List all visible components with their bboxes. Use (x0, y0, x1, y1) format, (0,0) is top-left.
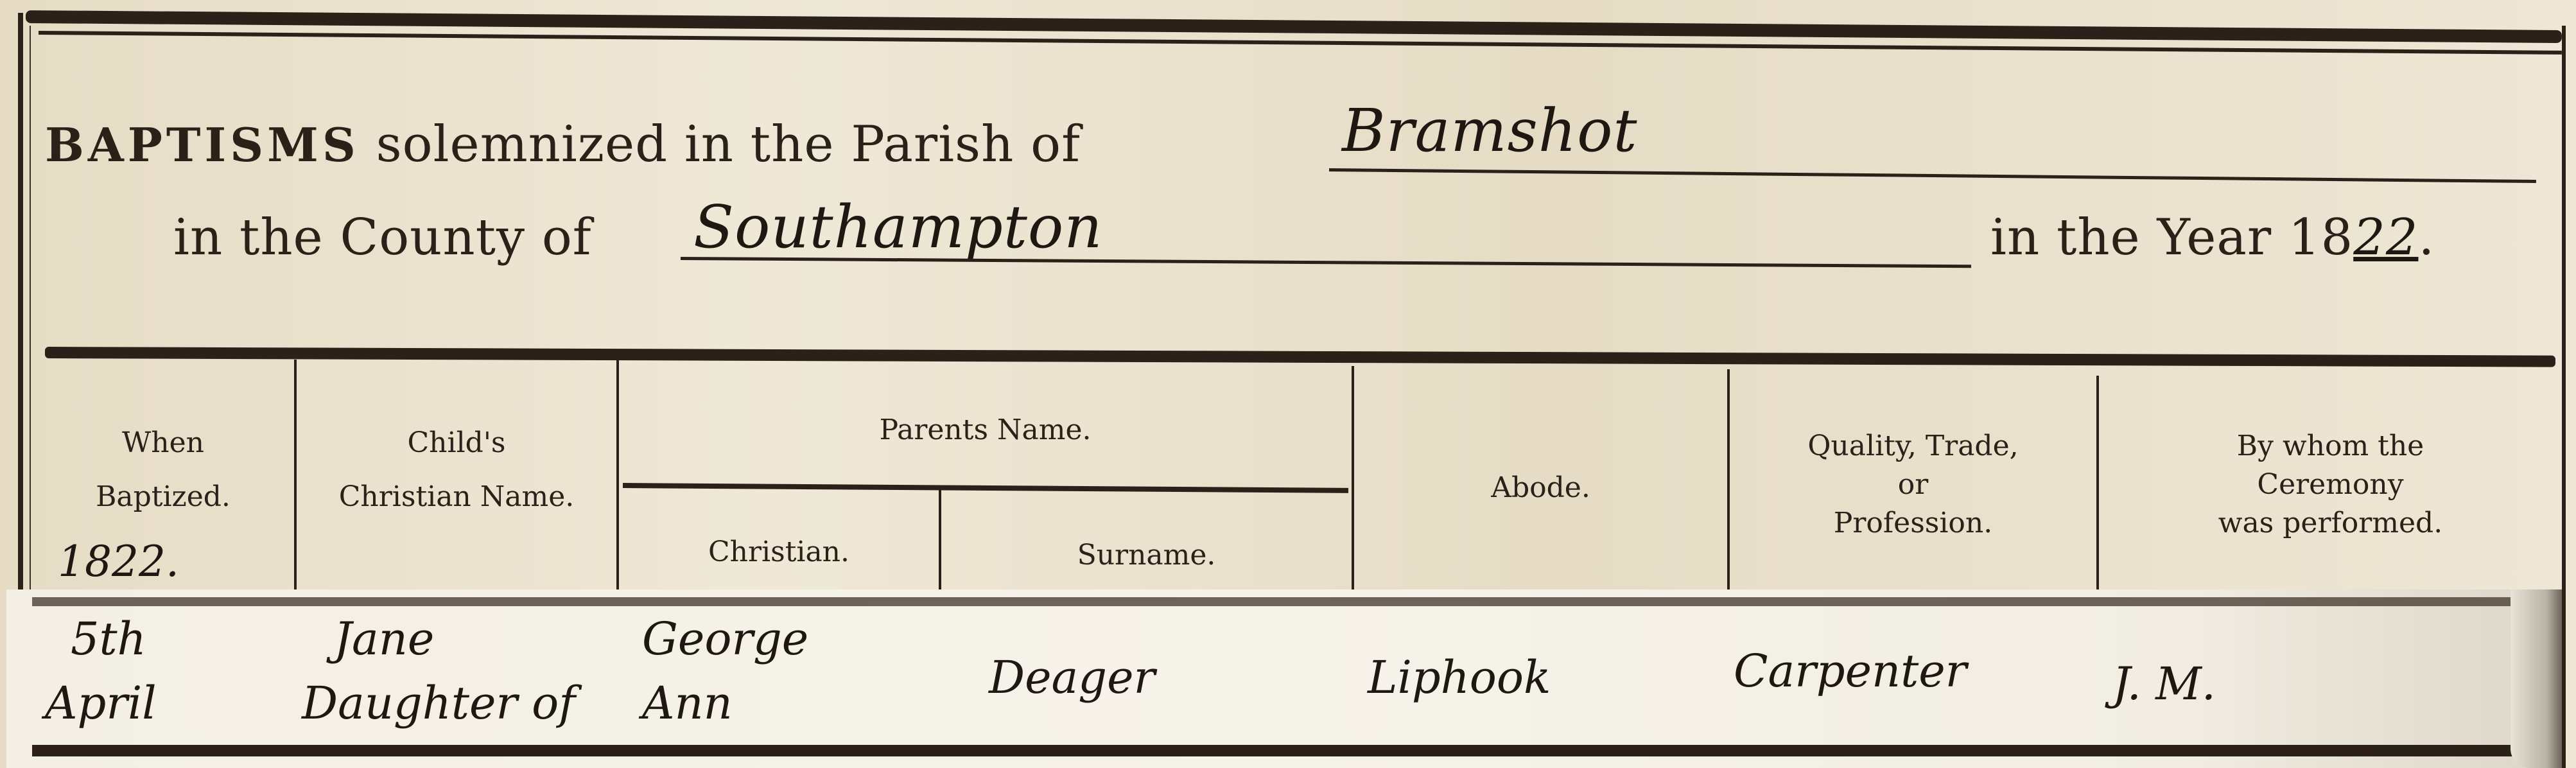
header-line: Christian Name. (297, 478, 616, 516)
cell-father-name: George (642, 610, 808, 668)
title-rest: solemnized in the Parish of (376, 116, 1081, 173)
header-line: was performed. (2099, 504, 2562, 543)
cell-mother-name: Ann (642, 674, 733, 732)
entry-top-rule (32, 597, 2536, 606)
right-border-rule (2562, 26, 2566, 768)
col-header-parents-name: Parents Name. (619, 411, 1352, 449)
county-name: Southampton (693, 193, 1102, 261)
title-caps: BAPTISMS (45, 118, 360, 172)
year-suffix: 22 (2353, 209, 2418, 266)
county-fill-line (681, 257, 1971, 268)
header-line: Profession. (1730, 504, 2096, 543)
col-header-quality: Quality, Trade, or Profession. (1730, 427, 2096, 543)
cell-abode: Liphook (1368, 649, 1551, 706)
cell-officiant: J. M. (2112, 655, 2216, 713)
header-line: Child's (297, 424, 616, 462)
col-header-parents-surname: Surname. (941, 536, 1352, 575)
col-header-when-baptized: When Baptized. (32, 424, 294, 516)
cell-quality: Carpenter (1734, 642, 1967, 700)
col-header-childs-name: Child's Christian Name. (297, 424, 616, 516)
page-curl-edge (2511, 589, 2562, 768)
entry-bottom-rule (32, 745, 2523, 756)
header-line: Ceremony (2099, 466, 2562, 504)
cell-surname: Deager (989, 649, 1155, 706)
parish-fill-line (1329, 168, 2536, 183)
register-page: BAPTISMS solemnized in the Parish of Bra… (0, 0, 2576, 768)
col-header-parents-christian: Christian. (619, 533, 939, 572)
cell-child-name: Jane (334, 610, 434, 668)
header-line: By whom the (2099, 427, 2562, 466)
header-line: or (1730, 466, 2096, 504)
parish-name: Bramshot (1342, 96, 1638, 165)
year-period: . (2418, 209, 2435, 266)
year-prefix: in the Year 18 (1990, 209, 2353, 266)
cell-child-relation: Daughter of (302, 674, 575, 732)
top-border-rule (26, 10, 2562, 43)
header-line: When (32, 424, 294, 462)
cell-when-day: 5th (71, 610, 146, 668)
header-line: Baptized. (32, 478, 294, 516)
year-label: in the Year 1822. (1990, 209, 2435, 266)
col-header-officiant: By whom the Ceremony was performed. (2099, 427, 2562, 543)
header-line: Quality, Trade, (1730, 427, 2096, 466)
parents-sub-rule (623, 483, 1348, 493)
register-title: BAPTISMS solemnized in the Parish of (45, 116, 1081, 173)
col-header-abode: Abode. (1354, 469, 1727, 507)
header-rule (45, 347, 2555, 367)
handwritten-year: 1822. (58, 533, 179, 591)
county-label: in the County of (173, 209, 592, 266)
cell-when-month: April (45, 674, 157, 732)
